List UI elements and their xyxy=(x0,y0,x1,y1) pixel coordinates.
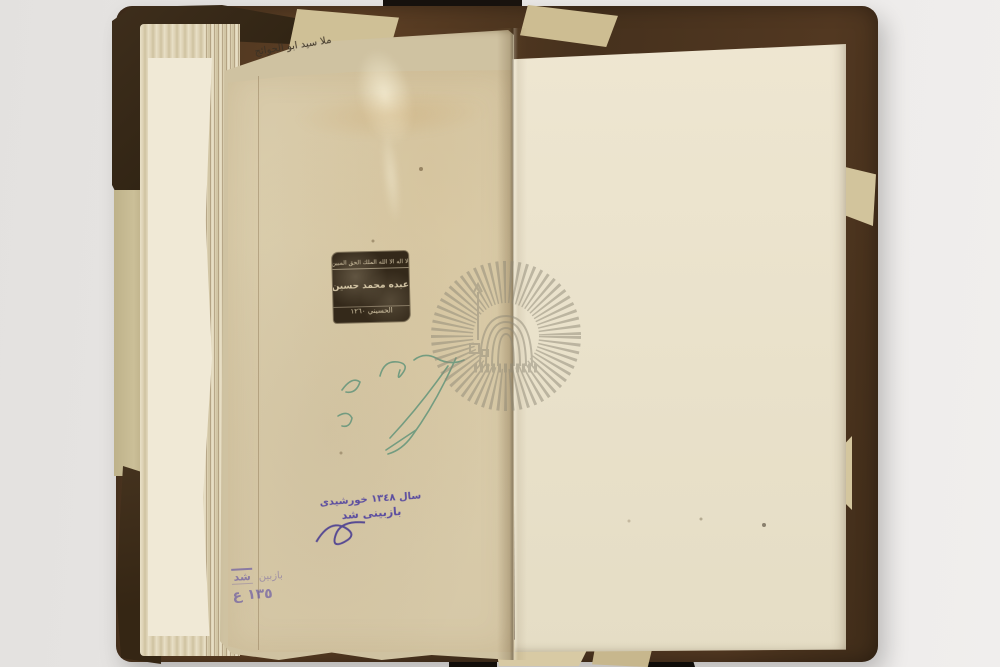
faint-stamp-rest-word: بازبین xyxy=(259,570,284,582)
yellow-stain-streak xyxy=(293,85,491,145)
library-emblem-watermark-icon xyxy=(428,258,584,414)
black-seal-stamp: لا اله الا الله الملك الحق المبين عبده م… xyxy=(332,251,410,323)
paper-specks xyxy=(0,0,2,2)
faint-purple-stamp: شد بازبین ع ١٣٥ xyxy=(231,563,343,604)
review-stamp-signature xyxy=(306,508,379,555)
faint-stamp-prefix-glyph: ع xyxy=(232,587,242,603)
left-page-edge-line xyxy=(258,76,259,650)
seal-calligraphy-line3: الحسيني ١٢٦٠ xyxy=(334,305,410,317)
faint-stamp-boxed-word: شد xyxy=(231,568,253,585)
photo-open-manuscript: ملا سید ابو الحوائج لا اله الا الله المل… xyxy=(0,0,1000,667)
seal-calligraphy-line1: لا اله الا الله الملك الحق المبين xyxy=(332,258,408,271)
fore-edge-bright-page xyxy=(148,58,212,636)
seal-calligraphy-line2: عبده محمد حسين xyxy=(333,281,409,293)
faint-stamp-number: ١٣٥ xyxy=(247,586,273,603)
